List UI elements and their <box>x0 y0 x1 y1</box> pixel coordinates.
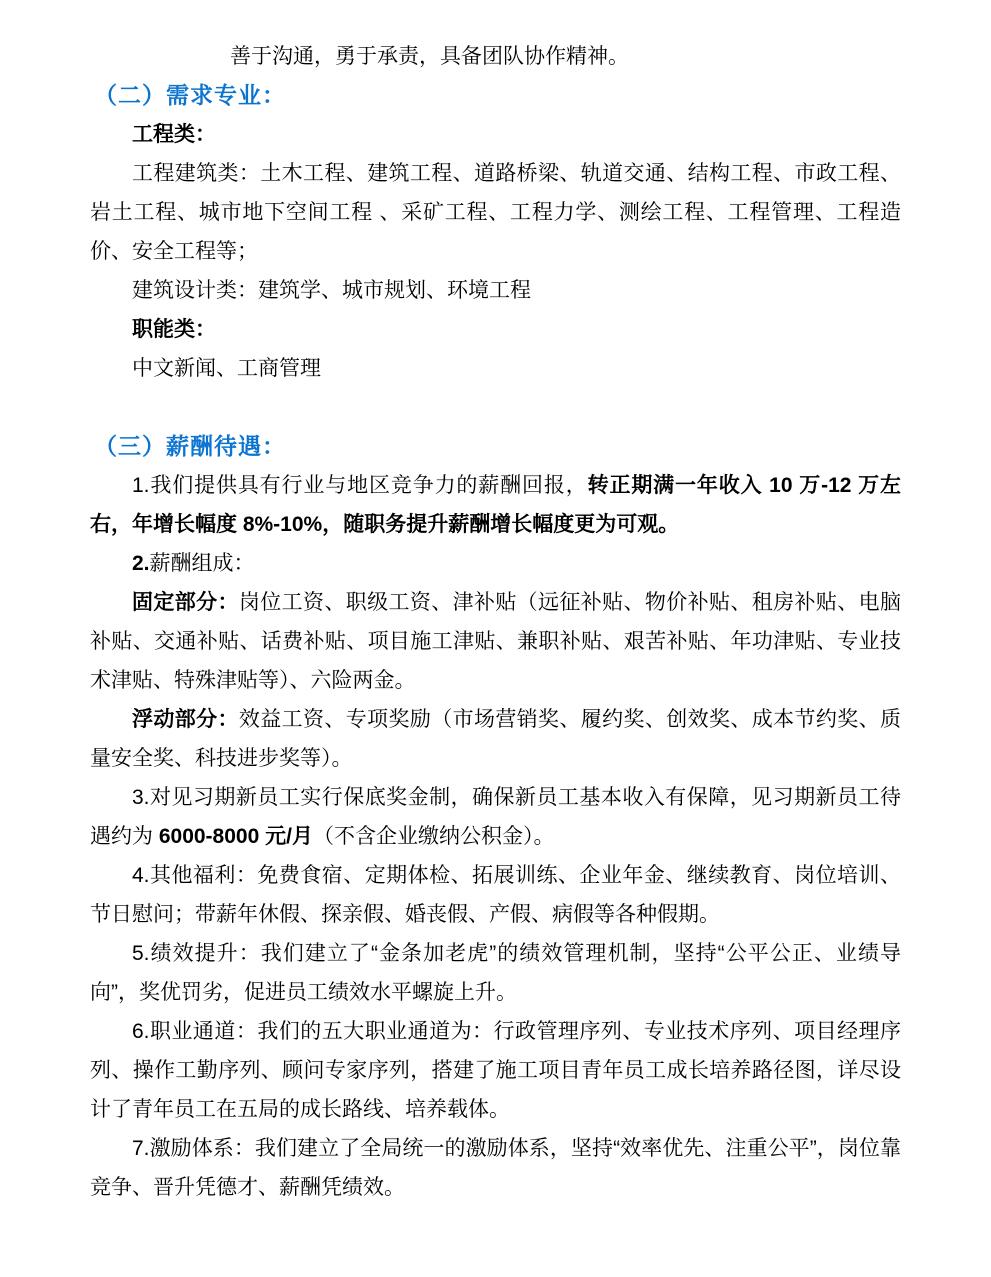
salary-overview-paragraph: 1.我们提供具有行业与地区竞争力的薪酬回报，转正期满一年收入 10 万-12 万… <box>90 466 901 544</box>
architecture-majors-text: 建筑设计类：建筑学、城市规划、环境工程 <box>132 279 531 302</box>
other-benefits-paragraph: 4.其他福利：免费食宿、定期体检、拓展训练、企业年金、继续教育、岗位培训、节日慰… <box>90 856 901 934</box>
performance-paragraph: 5.绩效提升：我们建立了“金条加老虎”的绩效管理机制，坚持“公平公正、业绩导向”… <box>90 934 901 1012</box>
engineering-majors-text: 工程建筑类：土木工程、建筑工程、道路桥梁、轨道交通、结构工程、市政工程、岩土工程… <box>90 162 901 263</box>
engineering-category-label: 工程类： <box>90 115 901 154</box>
incentive-text: 7.激励体系：我们建立了全局统一的激励体系，坚持“效率优先、注重公平”，岗位靠竞… <box>90 1137 901 1199</box>
salary-composition-text: 薪酬组成： <box>150 552 255 575</box>
intro-line: 善于沟通，勇于承责，具备团队协作精神。 <box>90 37 901 76</box>
salary-composition-paragraph: 2.薪酬组成： <box>90 544 901 583</box>
career-path-text: 6.职业通道：我们的五大职业通道为：行政管理序列、专业技术序列、项目经理序列、操… <box>90 1020 901 1121</box>
other-benefits-text: 4.其他福利：免费食宿、定期体检、拓展训练、企业年金、继续教育、岗位培训、节日慰… <box>90 864 901 926</box>
fixed-part-label: 固定部分： <box>132 591 239 614</box>
probation-salary-normal-b: （不含企业缴纳公积金）。 <box>313 825 555 848</box>
functional-majors-paragraph: 中文新闻、工商管理 <box>90 349 901 388</box>
probation-salary-amount: 6000-8000 元/月 <box>159 825 313 848</box>
salary-overview-normal: 1.我们提供具有行业与地区竞争力的薪酬回报， <box>132 474 588 497</box>
section-salary-heading: （三）薪酬待遇： <box>90 427 901 466</box>
functional-category-label-text: 职能类： <box>132 318 216 341</box>
functional-majors-text: 中文新闻、工商管理 <box>132 357 321 380</box>
performance-text: 5.绩效提升：我们建立了“金条加老虎”的绩效管理机制，坚持“公平公正、业绩导向”… <box>90 942 901 1004</box>
intro-text: 善于沟通，勇于承责，具备团队协作精神。 <box>230 45 629 68</box>
architecture-majors-paragraph: 建筑设计类：建筑学、城市规划、环境工程 <box>90 271 901 310</box>
section-majors-heading: （二）需求专业： <box>90 76 901 115</box>
floating-part-label: 浮动部分： <box>132 708 239 731</box>
engineering-category-label-text: 工程类： <box>132 123 216 146</box>
document-page: 善于沟通，勇于承责，具备团队协作精神。 （二）需求专业： 工程类： 工程建筑类：… <box>0 0 991 1277</box>
probation-salary-paragraph: 3.对见习期新员工实行保底奖金制，确保新员工基本收入有保障，见习期新员工待遇约为… <box>90 778 901 856</box>
functional-category-label: 职能类： <box>90 310 901 349</box>
career-path-paragraph: 6.职业通道：我们的五大职业通道为：行政管理序列、专业技术序列、项目经理序列、操… <box>90 1012 901 1129</box>
salary-composition-number: 2. <box>132 552 150 575</box>
incentive-paragraph: 7.激励体系：我们建立了全局统一的激励体系，坚持“效率优先、注重公平”，岗位靠竞… <box>90 1129 901 1207</box>
engineering-majors-paragraph: 工程建筑类：土木工程、建筑工程、道路桥梁、轨道交通、结构工程、市政工程、岩土工程… <box>90 154 901 271</box>
floating-part-paragraph: 浮动部分：效益工资、专项奖励（市场营销奖、履约奖、创效奖、成本节约奖、质量安全奖… <box>90 700 901 778</box>
fixed-part-paragraph: 固定部分：岗位工资、职级工资、津补贴（远征补贴、物价补贴、租房补贴、电脑补贴、交… <box>90 583 901 700</box>
